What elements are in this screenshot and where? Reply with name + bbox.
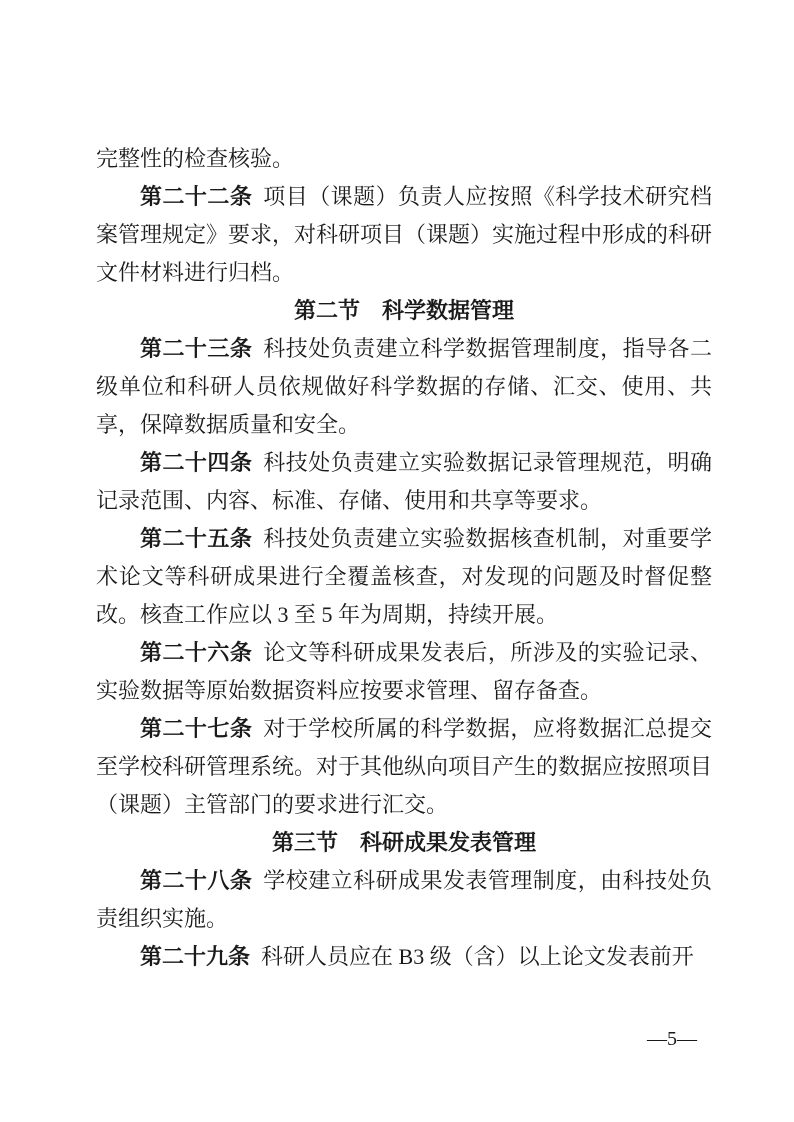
article-paragraph: 第二十五条科技处负责建立实验数据核查机制，对重要学术论文等科研成果进行全覆盖核查…	[96, 520, 712, 634]
article-number: 第二十七条	[140, 716, 252, 741]
paragraph-continuation: 完整性的检查核验。	[96, 140, 712, 178]
article-text: 科研人员应在 B3 级（含）以上论文发表前开	[261, 944, 694, 969]
article-text: 完整性的检查核验。	[96, 146, 294, 171]
section-heading: 第二节 科学数据管理	[96, 292, 712, 330]
article-paragraph: 第二十二条项目（课题）负责人应按照《科学技术研究档案管理规定》要求，对科研项目（…	[96, 178, 712, 292]
article-number: 第二十五条	[140, 526, 252, 551]
article-number: 第二十九条	[140, 944, 250, 969]
page-number: —5—	[647, 1028, 697, 1050]
article-paragraph: 第二十八条学校建立科研成果发表管理制度，由科技处负责组织实施。	[96, 862, 712, 938]
document-page: 完整性的检查核验。第二十二条项目（课题）负责人应按照《科学技术研究档案管理规定》…	[0, 0, 794, 1122]
document-content: 完整性的检查核验。第二十二条项目（课题）负责人应按照《科学技术研究档案管理规定》…	[96, 140, 712, 976]
article-paragraph: 第二十六条论文等科研成果发表后，所涉及的实验记录、实验数据等原始数据资料应按要求…	[96, 634, 712, 710]
article-number: 第二十八条	[140, 868, 252, 893]
article-number: 第二十四条	[140, 450, 252, 475]
article-paragraph: 第二十九条科研人员应在 B3 级（含）以上论文发表前开	[96, 938, 712, 976]
section-heading: 第三节 科研成果发表管理	[96, 824, 712, 862]
article-number: 第二十二条	[140, 184, 252, 209]
article-number: 第二十三条	[140, 336, 252, 361]
article-number: 第二十六条	[140, 640, 252, 665]
article-paragraph: 第二十七条对于学校所属的科学数据，应将数据汇总提交至学校科研管理系统。对于其他纵…	[96, 710, 712, 824]
article-paragraph: 第二十三条科技处负责建立科学数据管理制度，指导各二级单位和科研人员依规做好科学数…	[96, 330, 712, 444]
article-paragraph: 第二十四条科技处负责建立实验数据记录管理规范，明确记录范围、内容、标准、存储、使…	[96, 444, 712, 520]
